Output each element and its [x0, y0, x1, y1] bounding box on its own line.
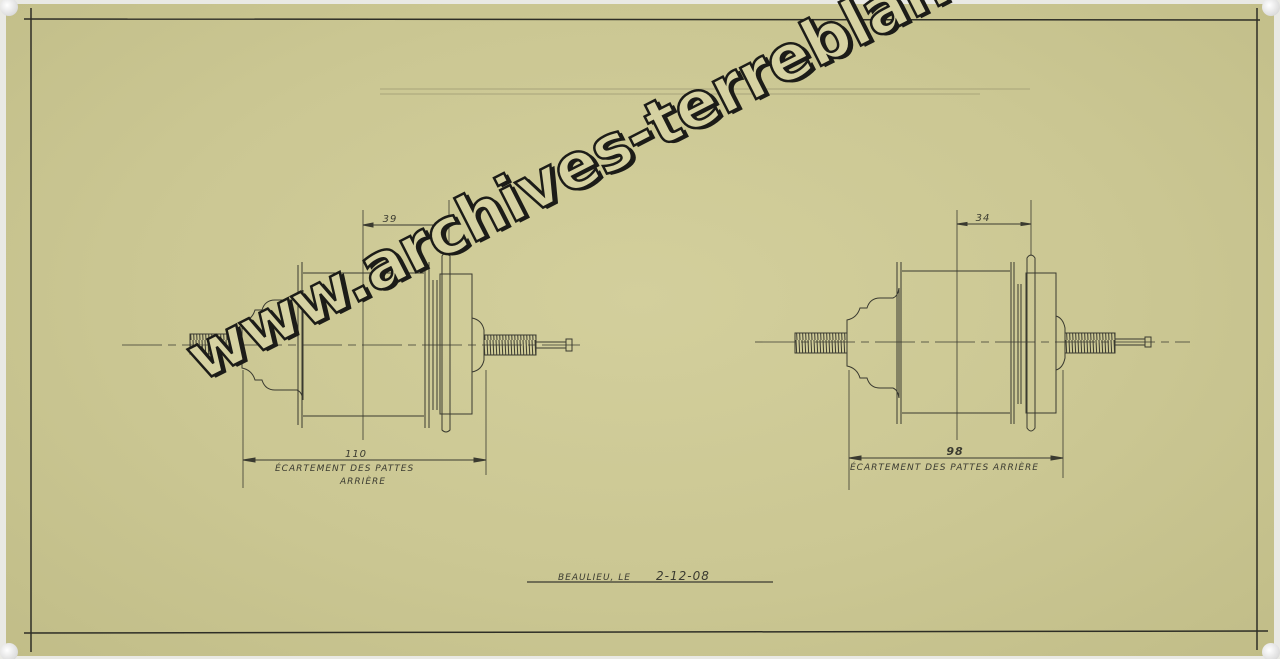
left-caption-line1: ÉCARTEMENT DES PATTES	[275, 462, 414, 474]
right-hub-view	[755, 200, 1190, 490]
signature-date: 2-12-08	[656, 569, 710, 583]
right-caption: ÉCARTEMENT DES PATTES ARRIÈRE	[850, 461, 1039, 473]
right-top-dimension: 34	[976, 213, 991, 224]
left-caption-line2: ARRIÈRE	[339, 475, 386, 487]
frame-bottom	[24, 631, 1268, 633]
frame-top	[24, 19, 1260, 20]
right-bottom-dimension: 98	[946, 445, 963, 458]
left-bottom-dimension: 110	[345, 449, 367, 460]
